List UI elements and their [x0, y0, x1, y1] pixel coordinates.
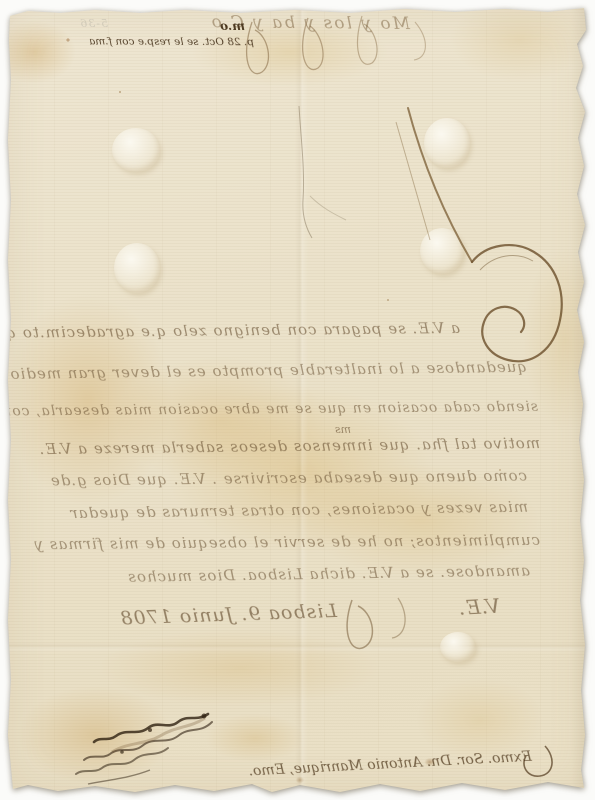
body-line-3: siendo cada ocasion en que se me abre oc… [60, 400, 538, 420]
crease-hairline [299, 106, 312, 238]
fold-crease-horizontal [0, 642, 595, 653]
closing-initials: V.E. [447, 595, 500, 620]
docket-loop [414, 22, 425, 60]
emboss-mark [420, 228, 464, 274]
docket-line-1: Mo y los y ba y C.o [165, 13, 410, 34]
body-line-4: motivo tal fha. que inmensos deseos sabe… [58, 435, 540, 457]
body-line-7: cumplimientos; no he de servir el obsequ… [58, 532, 540, 553]
body-line-5: como dueno que deseaba escrivirse . V.E.… [62, 468, 527, 489]
flourish-spiral-echo [480, 255, 533, 270]
paper-shadow-wrap: 5-36Mo y los y ba y C.om.op. 28 Oct. se … [0, 0, 595, 800]
crease-hairline [310, 196, 346, 220]
flourish-spiral [472, 245, 562, 361]
pencil-archival-mark: 5-36 [56, 18, 108, 30]
scanned-letter: 5-36Mo y los y ba y C.om.op. 28 Oct. se … [0, 0, 595, 800]
body-line-6: mias vezes y ocasiones, con otras ternur… [60, 499, 528, 522]
emboss-mark [440, 632, 476, 662]
signature-scribble [76, 714, 212, 785]
docket-line-2: p. 28 Oct. se le resp.e con f.ma [146, 37, 254, 49]
emboss-mark [114, 243, 160, 293]
body-line-1: a V.E. se pagara con benigno zelo q.e ag… [75, 320, 460, 341]
emboss-mark [112, 128, 160, 172]
dateline-loop [347, 600, 372, 648]
flourish-tail-echo [396, 122, 430, 240]
dateline-loop [392, 598, 405, 638]
dateline: Lisboa 9. Junio 1708 [162, 601, 338, 628]
body-line-8: amandose. se a V.E. dicha Lisboa. Dios m… [95, 563, 530, 586]
emboss-mark [424, 118, 470, 168]
address-line: Exmo. Sor. Dn. Antonio Manrique, Emo. [292, 750, 532, 778]
body-line-2: quedandose a lo inalterable prompto es e… [62, 359, 527, 382]
body-interline-ms: ms [325, 424, 351, 436]
letter-page: 5-36Mo y los y ba y C.om.op. 28 Oct. se … [0, 0, 595, 800]
flourish-tail [408, 108, 472, 262]
docket-superscript: m.o [219, 20, 245, 33]
